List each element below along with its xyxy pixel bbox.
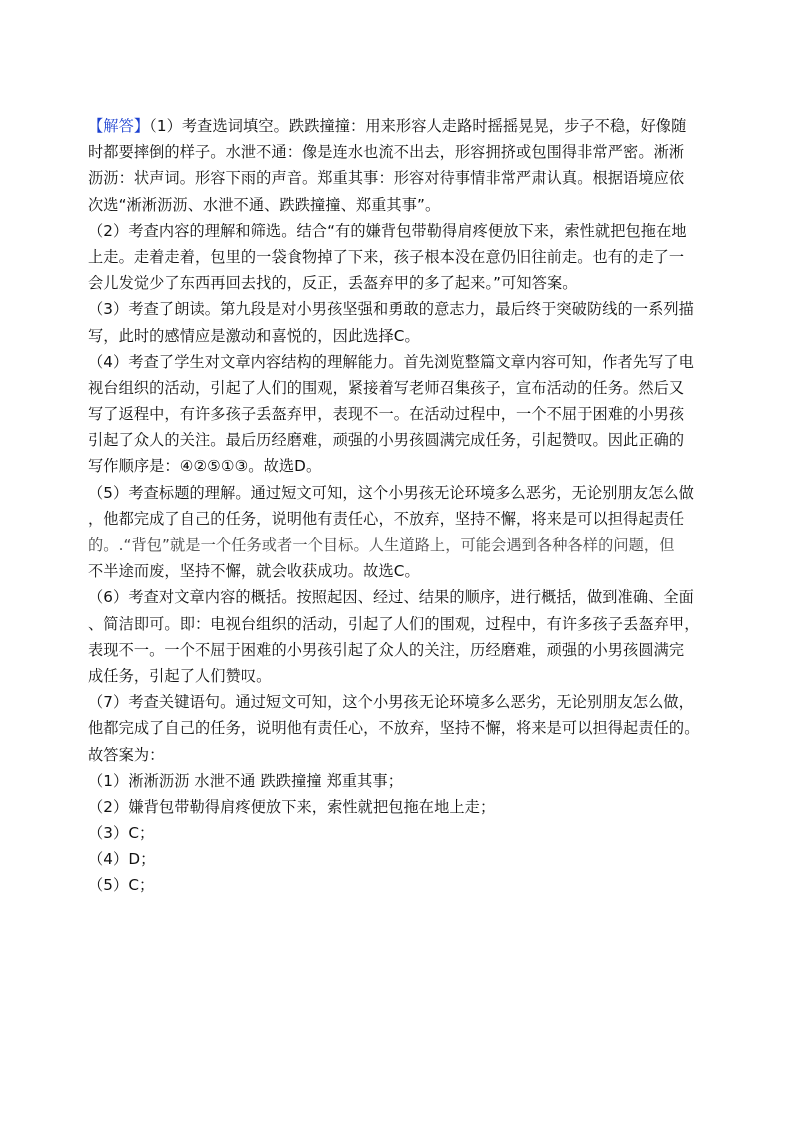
text-line: 视台组织的活动，引起了人们的围观，紧接着写老师召集孩子，宣布活动的任务。然后又 <box>88 375 718 401</box>
paragraph-3: （3）考查了朗读。第九段是对小男孩坚强和勇敢的意志力，最后终于突破防线的一系列描… <box>88 296 718 348</box>
line-text: （1）考查选词填空。跌跌撞撞：用来形容人走路时摇摇晃晃，步子不稳，好像随 <box>149 117 686 135</box>
text-line: 上走。走着走着，包里的一袋食物掉了下来，孩子根本没在意仍旧往前走。也有的走了一 <box>88 244 718 270</box>
text-line: 沥沥：状声词。形容下雨的声音。郑重其事：形容对待事情非常严肃认真。根据语境应依 <box>88 165 718 191</box>
text-line: （7）考查关键语句。通过短文可知，这个小男孩无论环境多么恶劣，无论别朋友怎么做， <box>88 689 718 715</box>
text-line: 他都完成了自己的任务，说明他有责任心，不放弃，坚持不懈，将来是可以担得起责任的。 <box>88 715 718 741</box>
text-line: （2）考查内容的理解和筛选。结合“有的嫌背包带勒得肩疼便放下来，索性就把包拖在地 <box>88 218 718 244</box>
answer-item: （4）D； <box>88 846 718 872</box>
text-line: 写了返程中，有许多孩子丢盔弃甲，表现不一。在活动过程中，一个不屈于困难的小男孩 <box>88 401 718 427</box>
text-line: （6）考查对文章内容的概括。按照起因、经过、结果的顺序，进行概括，做到准确、全面 <box>88 584 718 610</box>
text-line: 引起了众人的关注。最后历经磨难，顽强的小男孩圆满完成任务，引起赞叹。因此正确的 <box>88 427 718 453</box>
answer-item: （2）嫌背包带勒得肩疼便放下来，索性就把包拖在地上走； <box>88 794 718 820</box>
paragraph-6: （6）考查对文章内容的概括。按照起因、经过、结果的顺序，进行概括，做到准确、全面… <box>88 584 718 689</box>
paragraph-1: 【解答】（1）考查选词填空。跌跌撞撞：用来形容人走路时摇摇晃晃，步子不稳，好像随… <box>88 113 718 218</box>
answer-item: （5）C； <box>88 872 718 898</box>
paragraph-2: （2）考查内容的理解和筛选。结合“有的嫌背包带勒得肩疼便放下来，索性就把包拖在地… <box>88 218 718 297</box>
text-line: 成任务，引起了人们赞叹。 <box>88 663 718 689</box>
answer-document: 【解答】（1）考查选词填空。跌跌撞撞：用来形容人走路时摇摇晃晃，步子不稳，好像随… <box>88 113 718 899</box>
text-line: 故答案为： <box>88 742 718 768</box>
text-line: （4）考查了学生对文章内容结构的理解能力。首先浏览整篇文章内容可知，作者先写了电 <box>88 349 718 375</box>
paragraph-7: （7）考查关键语句。通过短文可知，这个小男孩无论环境多么恶劣，无论别朋友怎么做，… <box>88 689 718 768</box>
text-line: 会儿发觉少了东西再回去找的，反正，丢盔弃甲的多了起来。”可知答案。 <box>88 270 718 296</box>
text-line: （3）考查了朗读。第九段是对小男孩坚强和勇敢的意志力，最后终于突破防线的一系列描 <box>88 296 718 322</box>
answer-item: （1）淅淅沥沥 水泄不通 跌跌撞撞 郑重其事； <box>88 768 718 794</box>
text-line: 、简洁即可。即：电视台组织的活动，引起了人们的围观，过程中，有许多孩子丢盔弃甲， <box>88 611 718 637</box>
answer-list: （1）淅淅沥沥 水泄不通 跌跌撞撞 郑重其事； （2）嫌背包带勒得肩疼便放下来，… <box>88 768 718 899</box>
text-line: （5）考查标题的理解。通过短文可知，这个小男孩无论环境多么恶劣，无论别朋友怎么做 <box>88 480 718 506</box>
text-line: ，他都完成了自己的任务，说明他有责任心，不放弃，坚持不懈，将来是可以担得起责任 <box>88 506 718 532</box>
text-line: 【解答】（1）考查选词填空。跌跌撞撞：用来形容人走路时摇摇晃晃，步子不稳，好像随 <box>88 113 718 139</box>
answer-label: 【解答】 <box>88 117 149 135</box>
text-line: 不半途而废，坚持不懈，就会收获成功。故选C。 <box>88 558 718 584</box>
text-line: 表现不一。一个不屈于困难的小男孩引起了众人的关注，历经磨难，顽强的小男孩圆满完 <box>88 637 718 663</box>
text-line: 时都要摔倒的样子。水泄不通：像是连水也流不出去，形容拥挤或包围得非常严密。淅淅 <box>88 139 718 165</box>
paragraph-4: （4）考查了学生对文章内容结构的理解能力。首先浏览整篇文章内容可知，作者先写了电… <box>88 349 718 480</box>
text-line: 写，此时的感情应是激动和喜悦的，因此选择C。 <box>88 323 718 349</box>
text-line: 次选“淅淅沥沥、水泄不通、跌跌撞撞、郑重其事”。 <box>88 192 718 218</box>
text-line: 的。.“背包”就是一个任务或者一个目标。人生道路上，可能会遇到各种各样的问题，但 <box>88 532 718 558</box>
text-line: 写作顺序是：④②⑤①③。故选D。 <box>88 453 718 479</box>
paragraph-5: （5）考查标题的理解。通过短文可知，这个小男孩无论环境多么恶劣，无论别朋友怎么做… <box>88 480 718 585</box>
answer-item: （3）C； <box>88 820 718 846</box>
